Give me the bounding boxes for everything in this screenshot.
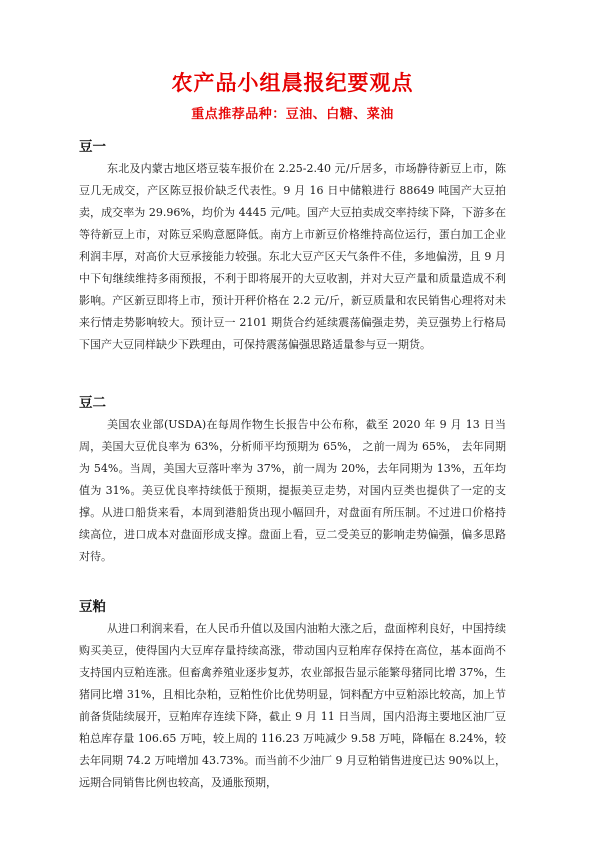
document-content: 农产品小组晨报纪要观点 重点推荐品种：豆油、白糖、菜油 豆一 东北及内蒙古地区塔…: [0, 0, 595, 794]
section-douer: 豆二 美国农业部(USDA)在每周作物生长报告中公布称，截至 2020 年 9 …: [79, 392, 506, 568]
page-title: 农产品小组晨报纪要观点: [79, 71, 506, 96]
section-paragraph: 从进口利润来看，在人民币升值以及国内油粕大涨之后，盘面榨利良好，中国持续购买美豆…: [79, 618, 506, 794]
section-paragraph: 东北及内蒙古地区塔豆装车报价在 2.25-2.40 元/斤居多，市场静待新豆上市…: [79, 158, 506, 356]
section-heading-doupo: 豆粕: [79, 596, 506, 618]
page-subtitle: 重点推荐品种：豆油、白糖、菜油: [79, 107, 506, 122]
document-page: 农产品小组晨报纪要观点 重点推荐品种：豆油、白糖、菜油 豆一 东北及内蒙古地区塔…: [0, 0, 595, 842]
section-heading-douer: 豆二: [79, 392, 506, 414]
section-douyi: 豆一 东北及内蒙古地区塔豆装车报价在 2.25-2.40 元/斤居多，市场静待新…: [79, 136, 506, 356]
section-heading-douyi: 豆一: [79, 136, 506, 158]
section-doupo: 豆粕 从进口利润来看，在人民币升值以及国内油粕大涨之后，盘面榨利良好，中国持续购…: [79, 596, 506, 794]
section-paragraph: 美国农业部(USDA)在每周作物生长报告中公布称，截至 2020 年 9 月 1…: [79, 414, 506, 568]
